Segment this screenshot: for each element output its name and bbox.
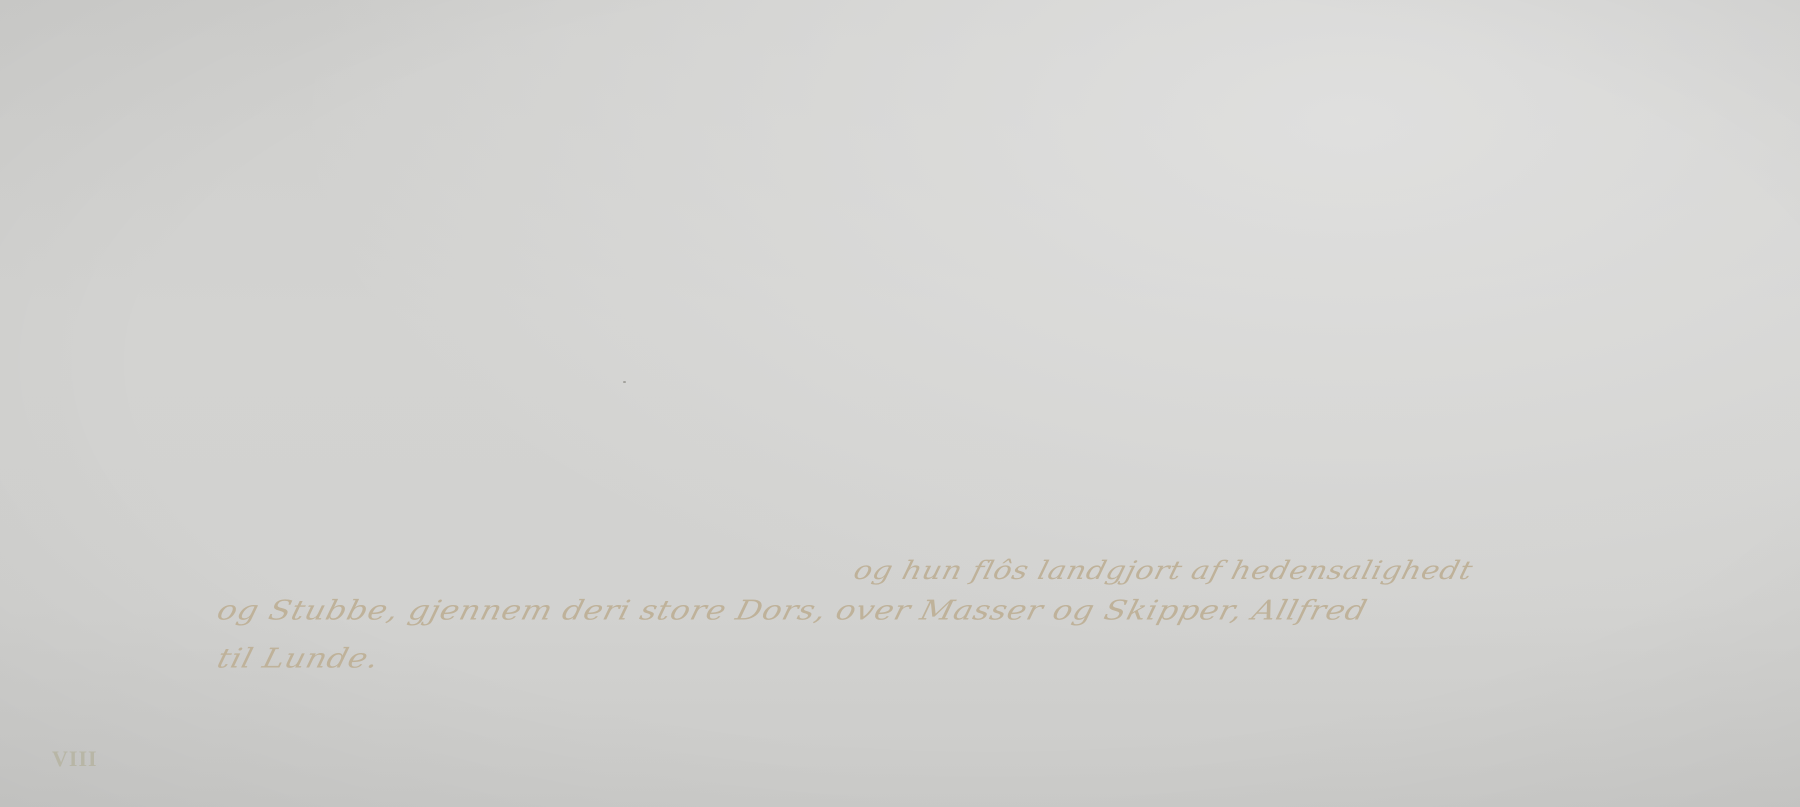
handwriting-line-1: og hun flôs landgjort af hedensalighedt [851,556,1476,586]
handwriting-line-3: til Lunde. [214,642,383,674]
book-page: og hun flôs landgjort af hedensalighedt … [0,0,1800,807]
page-vignette [0,0,1800,807]
page-number: VIII [52,746,98,772]
paper-speck [623,381,626,383]
handwriting-line-2: og Stubbe, gjennem deri store Dors, over… [214,594,1371,626]
